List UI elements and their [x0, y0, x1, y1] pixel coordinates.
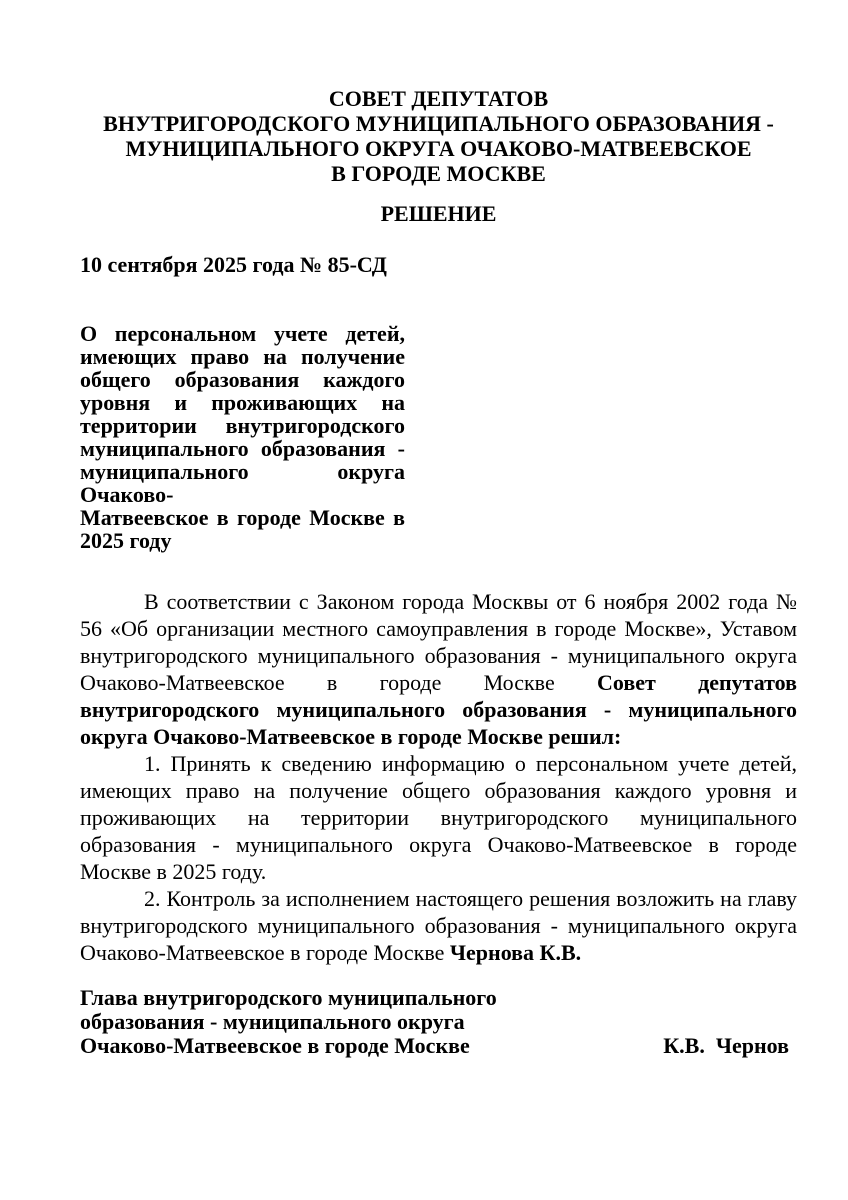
body-paragraph: 1. Принять к сведению информацию о персо… [80, 750, 797, 885]
signature-block: Глава внутригородского муниципальногообр… [80, 986, 797, 1058]
subject-line: 2025 году [80, 529, 405, 552]
org-name-line: СОВЕТ ДЕПУТАТОВ [80, 86, 797, 111]
signature-position: Глава внутригородского муниципальногообр… [80, 986, 497, 1058]
document-page: СОВЕТ ДЕПУТАТОВВНУТРИГОРОДСКОГО МУНИЦИПА… [0, 0, 848, 1200]
org-name-line: В ГОРОДЕ МОСКВЕ [80, 161, 797, 186]
body-paragraph: В соответствии с Законом города Москвы о… [80, 588, 797, 750]
org-name-line: МУНИЦИПАЛЬНОГО ОКРУГА ОЧАКОВО-МАТВЕЕВСКО… [80, 136, 797, 161]
signature-position-line: Очаково-Матвеевское в городе Москве [80, 1034, 497, 1058]
text-segment: 2. Контроль за исполнением настоящего ре… [80, 886, 797, 965]
subject-line: общего образования каждого [80, 368, 405, 391]
letterhead: СОВЕТ ДЕПУТАТОВВНУТРИГОРОДСКОГО МУНИЦИПА… [80, 86, 797, 186]
subject-line: уровня и проживающих на [80, 391, 405, 414]
subject-line: Матвеевское в городе Москве в [80, 506, 405, 529]
document-type-title: РЕШЕНИЕ [80, 201, 797, 226]
subject-line: муниципального округа Очаково- [80, 460, 405, 506]
bold-text-segment: Чернова К.В. [450, 940, 581, 965]
subject-block: О персональном учете детей,имеющих право… [80, 322, 405, 552]
signature-name: К.В. Чернов [663, 1034, 789, 1058]
text-segment: 1. Принять к сведению информацию о персо… [80, 751, 797, 884]
org-name-line: ВНУТРИГОРОДСКОГО МУНИЦИПАЛЬНОГО ОБРАЗОВА… [80, 111, 797, 136]
body-paragraph: 2. Контроль за исполнением настоящего ре… [80, 885, 797, 966]
body-text: В соответствии с Законом города Москвы о… [80, 588, 797, 966]
subject-line: муниципального образования - [80, 437, 405, 460]
signature-position-line: образования - муниципального округа [80, 1010, 497, 1034]
subject-line: имеющих право на получение [80, 345, 405, 368]
subject-line: территории внутригородского [80, 414, 405, 437]
date-number-line: 10 сентября 2025 года № 85-СД [80, 252, 797, 277]
subject-line: О персональном учете детей, [80, 322, 405, 345]
signature-position-line: Глава внутригородского муниципального [80, 986, 497, 1010]
